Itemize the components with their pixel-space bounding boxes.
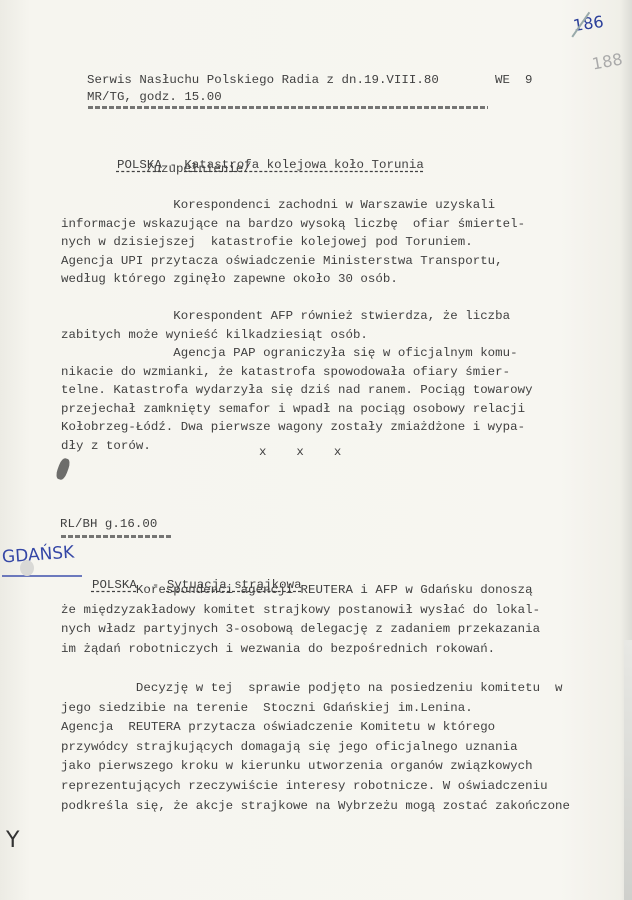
section2-header-rule bbox=[61, 535, 171, 538]
page-number-annotation: 186 bbox=[572, 12, 605, 35]
section1-body-line: Korespondenci zachodni w Warszawie uzysk… bbox=[61, 198, 495, 212]
section1-body-line: nikacie do wzmianki, że katastrofa spowo… bbox=[61, 365, 510, 379]
section1-separator: x x x bbox=[259, 445, 341, 459]
section1-body-line: nych w dzisiejszej katastrofie kolejowej… bbox=[61, 235, 473, 249]
section2-body-line: jako pierwszego kroku w kierunku utworze… bbox=[61, 759, 533, 773]
page-edge-shadow bbox=[624, 640, 632, 900]
header-code: WE 9 bbox=[495, 73, 532, 87]
ink-smudge bbox=[55, 457, 72, 481]
punch-hole bbox=[20, 560, 34, 576]
section1-body-line: telne. Katastrofa wydarzyła się dziś nad… bbox=[61, 383, 533, 397]
section1-body-line: Korespondent AFP również stwierdza, że l… bbox=[61, 309, 510, 323]
section2-body-line: przywódcy strajkujących domagają się jeg… bbox=[61, 740, 518, 754]
section2-body-line: Korespondenci agencji REUTERA i AFP w Gd… bbox=[61, 583, 533, 597]
margin-mark-bottom: Y bbox=[6, 828, 19, 853]
section1-body-line: Agencja UPI przytacza oświadczenie Minis… bbox=[61, 254, 503, 268]
section1-body-line: zabitych może wynieść kilkadziesiąt osób… bbox=[61, 328, 368, 342]
section2-header: RL/BH g.16.00 bbox=[60, 517, 157, 531]
section2-body-line: jego siedzibie na terenie Stoczni Gdańsk… bbox=[61, 701, 473, 715]
header-line-2: MR/TG, godz. 15.00 bbox=[87, 90, 222, 104]
section1-body-line: dły z torów. bbox=[61, 439, 151, 453]
section1-body-line: przejechał zamknięty semafor i wpadł na … bbox=[61, 402, 525, 416]
section2-body-line: im żądań robotniczych i wezwania do bezp… bbox=[61, 642, 495, 656]
section1-body-line: według którego zginęło zapewne około 30 … bbox=[61, 272, 398, 286]
section2-body-line: reprezentujących rzeczywiście interesy r… bbox=[61, 779, 548, 793]
section2-body-line: podkreśla się, że akcje strajkowe na Wyb… bbox=[61, 799, 570, 813]
scanned-document-page: 186 188 Serwis Nasłuchu Polskiego Radia … bbox=[0, 0, 632, 900]
section2-body-line: Agencja REUTERA przytacza oświadczenie K… bbox=[61, 720, 495, 734]
header-rule bbox=[88, 106, 488, 109]
section2-body-line: że międzyzakładowy komitet strajkowy pos… bbox=[61, 603, 540, 617]
header-line-1: Serwis Nasłuchu Polskiego Radia z dn.19.… bbox=[87, 73, 439, 87]
pencil-page-number: 188 bbox=[591, 49, 624, 73]
section1-subtitle: /uzupełnienie/ bbox=[146, 162, 251, 176]
section1-body-line: Kołobrzeg-Łódź. Dwa pierwsze wagony zost… bbox=[61, 420, 525, 434]
section2-body-line: nych władz partyjnych 3-osobową delegacj… bbox=[61, 622, 540, 636]
section1-body-line: informacje wskazujące na bardzo wysoką l… bbox=[61, 217, 525, 231]
section1-body-line: Agencja PAP ograniczyła się w oficjalnym… bbox=[61, 346, 518, 360]
section1-title: POLSKA - Katastrofa kolejowa koło Toruni… bbox=[87, 144, 424, 186]
section2-body-line: Decyzję w tej sprawie podjęto na posiedz… bbox=[61, 681, 563, 695]
